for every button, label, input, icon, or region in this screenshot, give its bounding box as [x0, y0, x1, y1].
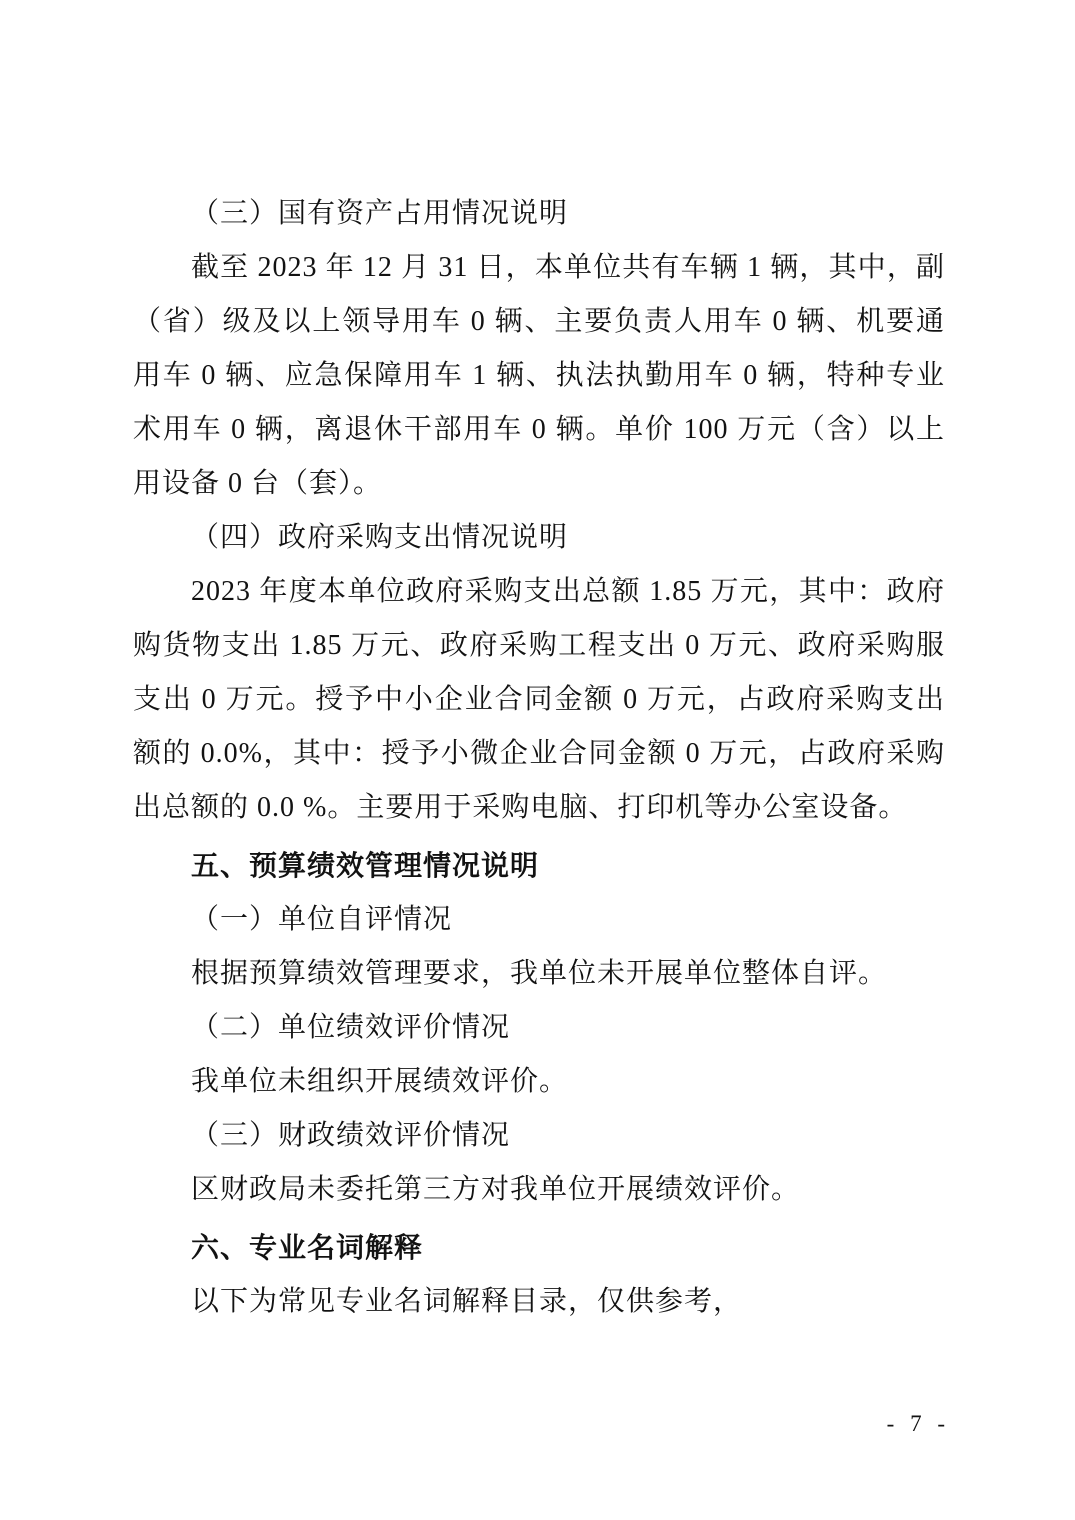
paragraph-line: 用设备 0 台（套）。	[133, 457, 945, 511]
paragraph-line: 用车 0 辆、应急保障用车 1 辆、执法执勤用车 0 辆，特种专业技	[133, 349, 945, 403]
paragraph-line: 购货物支出 1.85 万元、政府采购工程支出 0 万元、政府采购服务	[133, 619, 945, 673]
paragraph-line: 我单位未组织开展绩效评价。	[133, 1055, 945, 1109]
paragraph-line: 术用车 0 辆，离退休干部用车 0 辆。单价 100 万元（含）以上专	[133, 403, 945, 457]
heading-unit-self-eval: （一）单位自评情况	[133, 893, 945, 947]
paragraph-line: 截至 2023 年 12 月 31 日，本单位共有车辆 1 辆，其中，副部	[133, 241, 945, 295]
document-page: （三）国有资产占用情况说明 截至 2023 年 12 月 31 日，本单位共有车…	[0, 0, 1075, 1520]
heading-terminology: 六、专业名词解释	[133, 1221, 945, 1275]
heading-fiscal-perf-eval: （三）财政绩效评价情况	[133, 1109, 945, 1163]
paragraph-line: 根据预算绩效管理要求，我单位未开展单位整体自评。	[133, 947, 945, 1001]
heading-state-assets: （三）国有资产占用情况说明	[133, 187, 945, 241]
document-body: （三）国有资产占用情况说明 截至 2023 年 12 月 31 日，本单位共有车…	[133, 187, 945, 1329]
paragraph-line: 区财政局未委托第三方对我单位开展绩效评价。	[133, 1163, 945, 1217]
paragraph-line: 出总额的 0.0 %。主要用于采购电脑、打印机等办公室设备。	[133, 781, 945, 835]
paragraph-line: 以下为常见专业名词解释目录，仅供参考，	[133, 1275, 945, 1329]
paragraph-line: 支出 0 万元。授予中小企业合同金额 0 万元，占政府采购支出总	[133, 673, 945, 727]
heading-gov-procurement: （四）政府采购支出情况说明	[133, 511, 945, 565]
paragraph-line: 2023 年度本单位政府采购支出总额 1.85 万元，其中：政府采	[133, 565, 945, 619]
heading-unit-perf-eval: （二）单位绩效评价情况	[133, 1001, 945, 1055]
paragraph-line: 额的 0.0%，其中：授予小微企业合同金额 0 万元，占政府采购支	[133, 727, 945, 781]
page-number: - 7 -	[887, 1408, 947, 1440]
paragraph-line: （省）级及以上领导用车 0 辆、主要负责人用车 0 辆、机要通信	[133, 295, 945, 349]
heading-budget-performance: 五、预算绩效管理情况说明	[133, 839, 945, 893]
